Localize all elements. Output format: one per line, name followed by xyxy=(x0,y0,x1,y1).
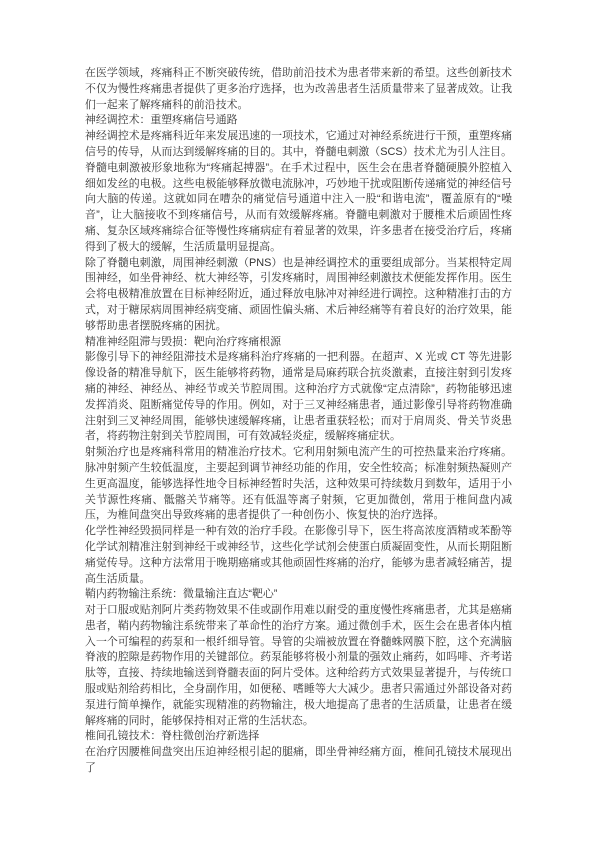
paragraph-intrathecal-drug-delivery: 对于口服或贴剂阿片类药物效果不佳或副作用难以耐受的重度慢性疼痛患者，尤其是癌痛患… xyxy=(85,603,512,729)
paragraph-peripheral-nerve-stimulation: 除了脊髓电刺激，周围神经刺激（PNS）也是神经调控术的重要组成部分。当某根特定周… xyxy=(85,256,512,335)
heading-neuromodulation: 神经调控术：重塑疼痛信号通路 xyxy=(85,113,512,129)
document-page: 在医学领域，疼痛科正不断突破传统，借助前沿技术为患者带来新的希望。这些创新技术不… xyxy=(0,0,595,841)
paragraph-spinal-cord-stimulation: 神经调控术是疼痛科近年来发展迅速的一项技术，它通过对神经系统进行干预，重塑疼痛信… xyxy=(85,129,512,255)
paragraph-image-guided-nerve-block: 影像引导下的神经阻滞技术是疼痛科治疗疼痛的一把利器。在超声、X 光或 CT 等先… xyxy=(85,350,512,445)
paragraph-radiofrequency-therapy: 射频治疗也是疼痛科常用的精准治疗技术。它利用射频电流产生的可控热量来治疗疼痛。脉… xyxy=(85,445,512,524)
heading-intrathecal-drug-delivery: 鞘内药物输注系统：微量输注直达“靶心” xyxy=(85,587,512,603)
heading-nerve-block: 精准神经阻滞与毁损：靶向治疗疼痛根源 xyxy=(85,335,512,351)
paragraph-foraminoscopy: 在治疗因腰椎间盘突出压迫神经根引起的腿痛，即坐骨神经痛方面，椎间孔镜技术展现出了 xyxy=(85,745,512,777)
paragraph-chemical-neurolysis: 化学性神经毁损同样是一种有效的治疗手段。在影像引导下，医生将高浓度酒精或苯酚等化… xyxy=(85,524,512,587)
intro-paragraph: 在医学领域，疼痛科正不断突破传统，借助前沿技术为患者带来新的希望。这些创新技术不… xyxy=(85,66,512,113)
heading-foraminoscopy: 椎间孔镜技术：脊柱微创治疗新选择 xyxy=(85,729,512,745)
